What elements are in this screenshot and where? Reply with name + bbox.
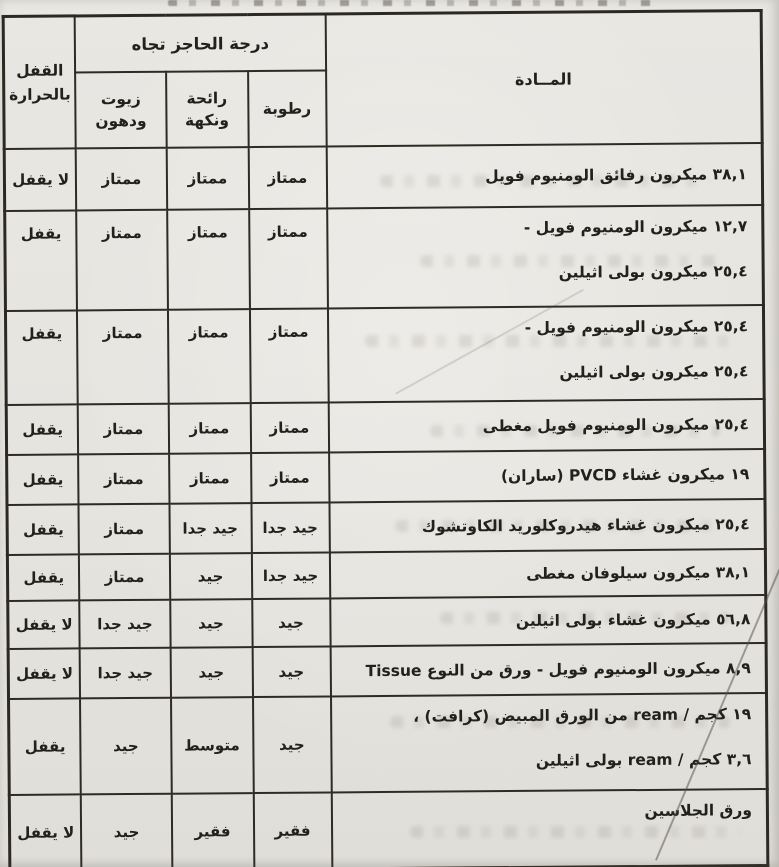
- table-row: ٢٥,٤ ميكرون الومنيوم فويل -٢٥,٤ ميكرون ب…: [5, 305, 764, 405]
- moisture-cell: جيد جدا: [251, 502, 329, 553]
- heat-seal-cell: يقفل: [7, 504, 79, 555]
- barrier-table-wrap: المــادة درجة الحاجز تجاه القفل بالحرارة…: [5, 9, 770, 867]
- table-row: ٨,٩ ميكرون الومنيوم فويل - ورق من النوع …: [8, 643, 766, 699]
- table-row: ٣٨,١ ميكرون سيلوفان مغطىجيد جداجيدممتازي…: [7, 549, 765, 601]
- table-header: المــادة درجة الحاجز تجاه القفل بالحرارة…: [3, 11, 762, 149]
- table-row: ٥٦,٨ ميكرون غشاء بولى اثيلينجيدجيدجيد جد…: [8, 595, 766, 649]
- odor-flavor-column-header: رائحة ونكهة: [166, 71, 249, 148]
- oils-fats-cell: ممتاز: [77, 210, 168, 311]
- odor-flavor-cell: جيد: [169, 553, 251, 600]
- material-cell: ١٩ كجم / ream من الورق المبيض (كرافت) ،٣…: [331, 693, 768, 792]
- heat-seal-column-header: القفل بالحرارة: [3, 16, 76, 149]
- material-cell: ٣٨,١ ميكرون رفائق الومنيوم فويل: [326, 143, 762, 208]
- material-line: ٢٥,٤ ميكرون بولى اثيلين: [335, 361, 749, 385]
- odor-flavor-cell: ممتاز: [169, 453, 251, 504]
- moisture-cell: فقير: [253, 792, 332, 867]
- moisture-cell: ممتاز: [251, 452, 329, 503]
- odor-flavor-cell: فقير: [171, 793, 254, 867]
- heat-seal-cell: يقفل: [5, 210, 78, 311]
- oils-fats-cell: جيد: [80, 698, 171, 795]
- moisture-cell: ممتاز: [248, 146, 326, 209]
- header-row-group: المــادة درجة الحاجز تجاه القفل بالحرارة: [3, 11, 761, 73]
- moisture-cell: جيد: [252, 598, 330, 647]
- odor-flavor-cell: ممتاز: [167, 309, 250, 404]
- oils-fats-cell: ممتاز: [79, 454, 169, 505]
- barrier-properties-table: المــادة درجة الحاجز تجاه القفل بالحرارة…: [2, 9, 770, 867]
- material-cell: ٨,٩ ميكرون الومنيوم فويل - ورق من النوع …: [330, 643, 766, 696]
- oils-fats-cell: جيد جدا: [80, 600, 170, 649]
- odor-flavor-cell: جيد جدا: [169, 503, 251, 554]
- moisture-cell: جيد: [252, 646, 330, 697]
- oils-fats-cell: ممتاز: [79, 554, 169, 601]
- heat-seal-cell: يقفل: [5, 310, 78, 405]
- odor-flavor-cell: جيد: [170, 647, 252, 698]
- material-line: ٢٥,٤ ميكرون غشاء هيدروكلوريد الكاوتشوك: [336, 514, 750, 538]
- table-row: ورق الجلاسينفقيرفقيرجيدلا يقفل: [9, 789, 768, 867]
- oils-fats-cell: ممتاز: [76, 148, 166, 211]
- table-row: ٣٨,١ ميكرون رفائق الومنيوم فويلممتازممتا…: [4, 143, 762, 211]
- material-line: ٢٥,٤ ميكرون الومنيوم فويل مغطى: [335, 414, 749, 438]
- oils-fats-cell: جيد جدا: [80, 648, 170, 699]
- material-column-header: المــادة: [325, 11, 762, 147]
- odor-flavor-cell: ممتاز: [167, 209, 250, 310]
- heat-seal-cell: يقفل: [7, 554, 79, 601]
- material-line: ٢٥,٤ ميكرون الومنيوم فويل -: [335, 316, 749, 340]
- table-row: ١٩ كجم / ream من الورق المبيض (كرافت) ،٣…: [9, 693, 768, 795]
- cutoff-text-artifact: [168, 0, 654, 6]
- material-cell: ٢٥,٤ ميكرون الومنيوم فويل مغطى: [328, 399, 764, 452]
- material-line: ٣٨,١ ميكرون سيلوفان مغطى: [336, 562, 750, 586]
- oils-fats-column-header: زيوت ودهون: [76, 72, 167, 149]
- moisture-column-header: رطوبة: [248, 70, 327, 147]
- table-row: ١٩ ميكرون غشاء PVCD (ساران)ممتازممتازممت…: [7, 449, 765, 505]
- heat-seal-cell: يقفل: [9, 698, 82, 795]
- material-cell: ٢٥,٤ ميكرون غشاء هيدروكلوريد الكاوتشوك: [329, 499, 765, 552]
- material-line: ١٢,٧ ميكرون الومنيوم فويل -: [334, 216, 748, 240]
- material-line: ١٩ ميكرون غشاء PVCD (ساران): [336, 464, 750, 488]
- moisture-cell: جيد: [253, 696, 332, 793]
- moisture-cell: ممتاز: [249, 208, 328, 309]
- moisture-cell: جيد جدا: [251, 552, 329, 599]
- material-line: ٢٥,٤ ميكرون بولى اثيلين: [334, 261, 748, 285]
- odor-flavor-cell: ممتاز: [168, 403, 250, 454]
- material-line: ١٩ كجم / ream من الورق المبيض (كرافت) ،: [338, 704, 752, 728]
- oils-fats-cell: ممتاز: [78, 404, 168, 455]
- material-cell: ٥٦,٨ ميكرون غشاء بولى اثيلين: [330, 595, 766, 646]
- moisture-cell: ممتاز: [249, 308, 328, 403]
- material-cell: ١٢,٧ ميكرون الومنيوم فويل -٢٥,٤ ميكرون ب…: [327, 205, 764, 308]
- heat-seal-cell: لا يقفل: [9, 794, 82, 867]
- barrier-group-header: درجة الحاجز تجاه: [75, 14, 325, 72]
- oils-fats-cell: ممتاز: [79, 504, 169, 555]
- table-row: ١٢,٧ ميكرون الومنيوم فويل -٢٥,٤ ميكرون ب…: [5, 205, 764, 311]
- table-row: ٢٥,٤ ميكرون الومنيوم فويل مغطىممتازممتاز…: [6, 399, 764, 455]
- heat-seal-cell: يقفل: [6, 404, 78, 455]
- heat-seal-cell: لا يقفل: [8, 600, 80, 649]
- material-line: ورق الجلاسين: [338, 800, 752, 824]
- table-body: ٣٨,١ ميكرون رفائق الومنيوم فويلممتازممتا…: [4, 143, 768, 867]
- heat-seal-cell: يقفل: [7, 454, 79, 505]
- material-line: ٨,٩ ميكرون الومنيوم فويل - ورق من النوع …: [337, 658, 751, 682]
- moisture-cell: ممتاز: [250, 402, 328, 453]
- material-cell: ١٩ ميكرون غشاء PVCD (ساران): [329, 449, 765, 502]
- material-line: ٣,٦ كجم / ream بولى اثيلين: [338, 749, 752, 773]
- scanned-page: المــادة درجة الحاجز تجاه القفل بالحرارة…: [0, 0, 779, 867]
- odor-flavor-cell: جيد: [170, 599, 252, 648]
- material-cell: ورق الجلاسين: [331, 789, 768, 867]
- heat-seal-cell: لا يقفل: [4, 148, 76, 211]
- material-line: ٥٦,٨ ميكرون غشاء بولى اثيلين: [337, 609, 751, 633]
- oils-fats-cell: جيد: [81, 794, 172, 867]
- material-cell: ٣٨,١ ميكرون سيلوفان مغطى: [329, 549, 765, 598]
- table-row: ٢٥,٤ ميكرون غشاء هيدروكلوريد الكاوتشوكجي…: [7, 499, 765, 555]
- material-cell: ٢٥,٤ ميكرون الومنيوم فويل -٢٥,٤ ميكرون ب…: [327, 305, 764, 402]
- odor-flavor-cell: متوسط: [171, 697, 254, 794]
- material-line: ٣٨,١ ميكرون رفائق الومنيوم فويل: [333, 164, 747, 188]
- heat-seal-cell: لا يقفل: [8, 648, 80, 699]
- oils-fats-cell: ممتاز: [77, 310, 168, 405]
- odor-flavor-cell: ممتاز: [166, 147, 248, 210]
